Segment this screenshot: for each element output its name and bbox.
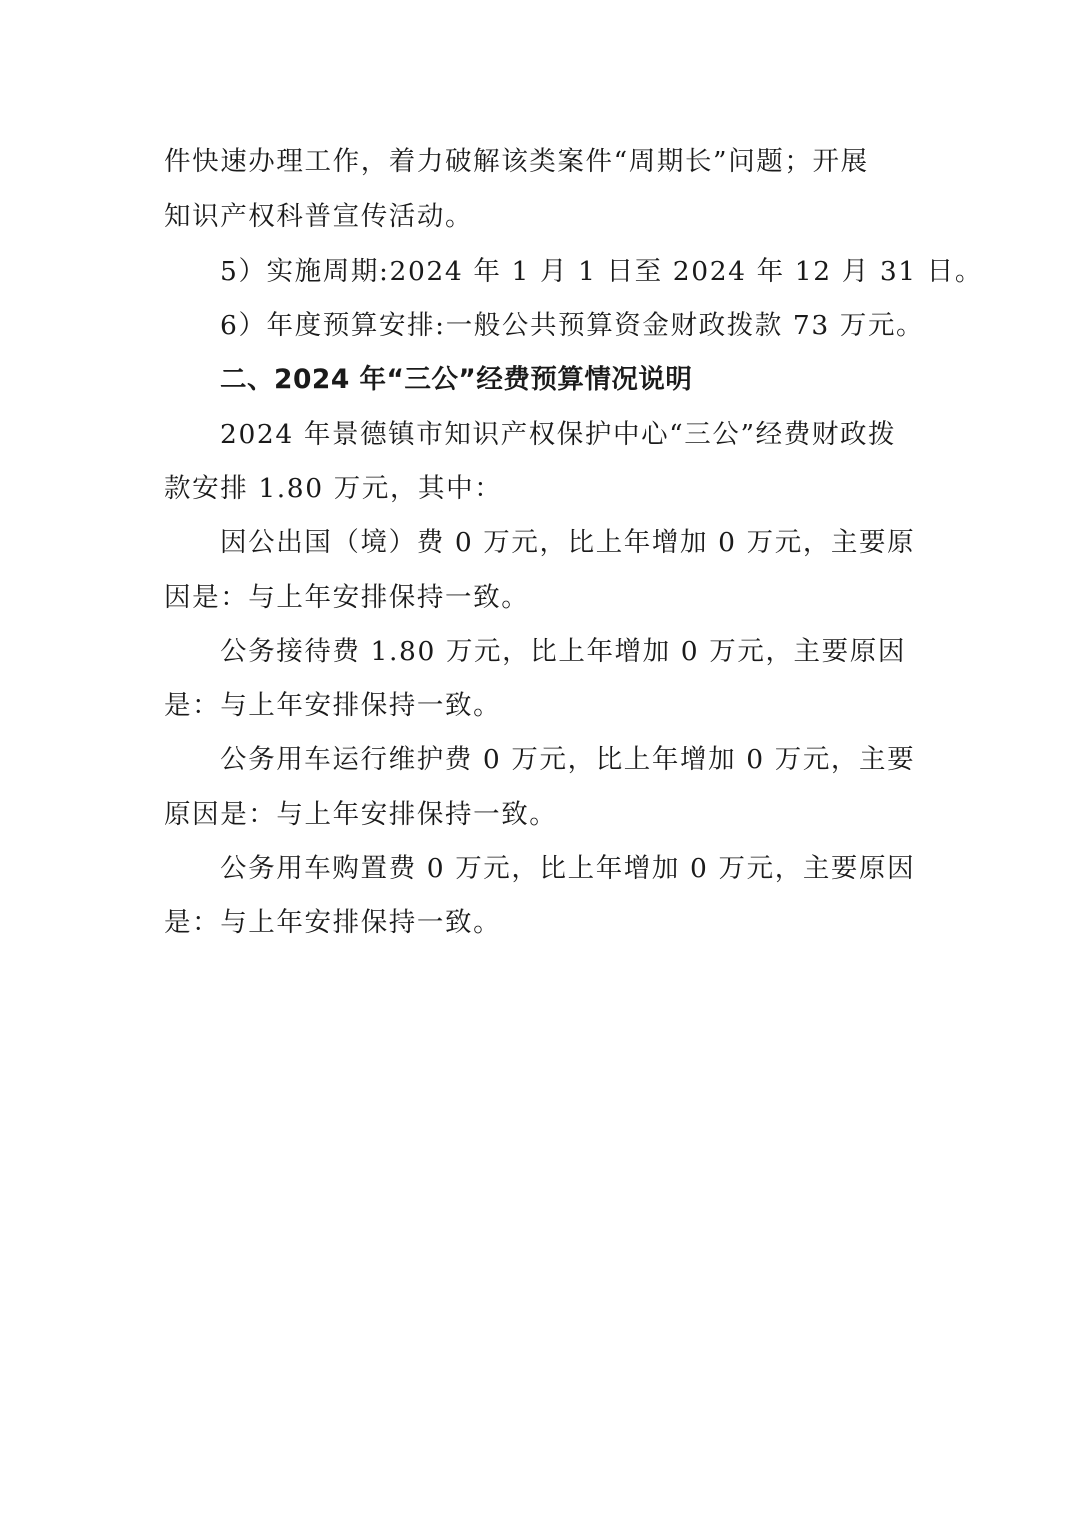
paragraph-line: 件快速办理工作，着力破解该类案件“周期长”问题；开展	[164, 142, 924, 182]
paragraph-line: 因是：与上年安排保持一致。	[164, 578, 924, 618]
document-page: 件快速办理工作，着力破解该类案件“周期长”问题；开展 知识产权科普宣传活动。 5…	[0, 0, 1074, 1520]
paragraph-line: 是：与上年安排保持一致。	[164, 903, 924, 943]
implementation-period: 5）实施周期:2024 年 1 月 1 日至 2024 年 12 月 31 日。	[220, 252, 980, 292]
paragraph-line: 因公出国（境）费 0 万元，比上年增加 0 万元，主要原	[220, 523, 980, 563]
annual-budget: 6）年度预算安排:一般公共预算资金财政拨款 73 万元。	[220, 306, 980, 346]
paragraph-line: 款安排 1.80 万元，其中：	[164, 469, 924, 509]
paragraph-line: 公务用车购置费 0 万元，比上年增加 0 万元，主要原因	[220, 849, 980, 889]
paragraph-line: 公务用车运行维护费 0 万元，比上年增加 0 万元，主要	[220, 740, 980, 780]
paragraph-line: 知识产权科普宣传活动。	[164, 197, 924, 237]
paragraph-line: 原因是：与上年安排保持一致。	[164, 795, 924, 835]
paragraph-line: 公务接待费 1.80 万元，比上年增加 0 万元，主要原因	[220, 632, 980, 672]
section-heading: 二、2024 年“三公”经费预算情况说明	[220, 360, 980, 400]
paragraph-line: 2024 年景德镇市知识产权保护中心“三公”经费财政拨	[220, 415, 980, 455]
paragraph-line: 是：与上年安排保持一致。	[164, 686, 924, 726]
